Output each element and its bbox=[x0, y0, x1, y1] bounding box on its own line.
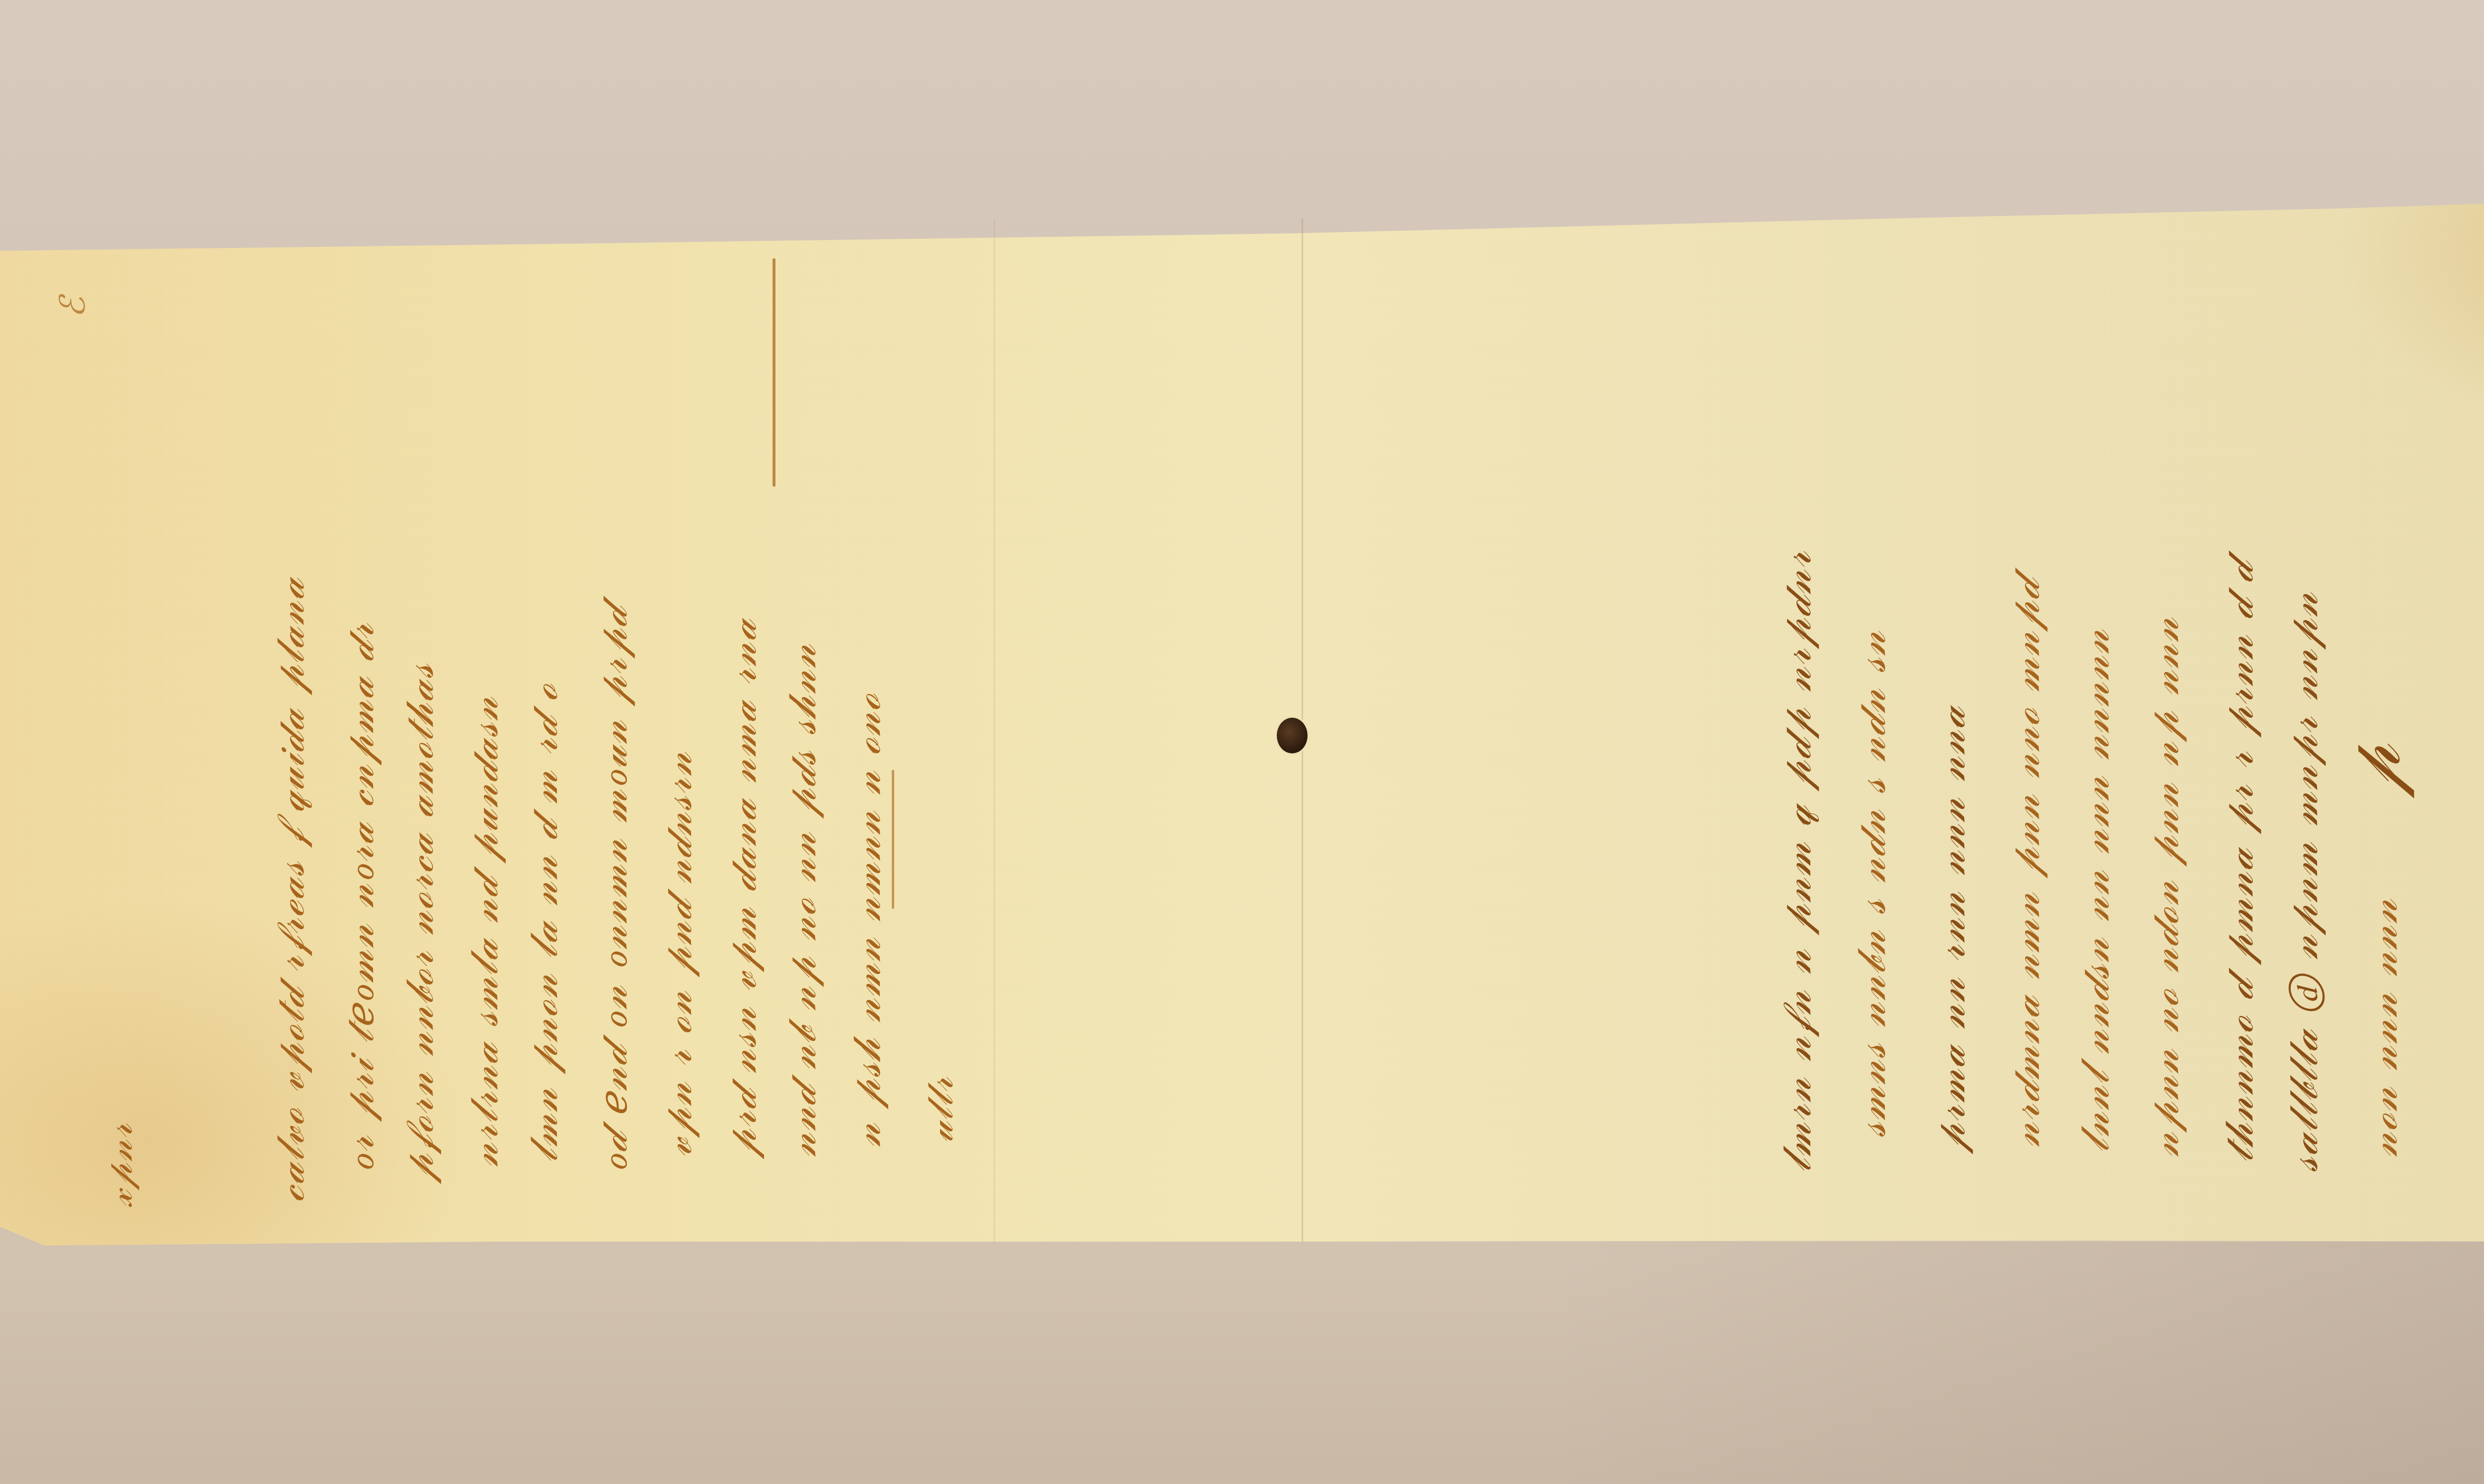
script-line: 𝓉𝒽𝓃𝓃𝓂ℴ 𝒹 𝓅𝓂𝓃𝒶 𝓅𝓇 𝓇 𝓅𝓇𝓃𝓃 𝒹 𝒹 bbox=[2216, 560, 2262, 1162]
script-line: 𝒸𝒶𝓁𝓋ℴ 𝓋𝓅ℴ𝓉𝒹 𝓇𝒻𝓇ℯ𝒶𝓈 𝒻 𝓆𝓊𝒾𝒹𝒶 𝓅𝓁𝒶𝓃𝒶 bbox=[268, 577, 313, 1202]
script-line: 𝓊𝓁𝓁𝓇 bbox=[919, 1076, 962, 1142]
script-line: 𝓃𝓃𝒹 𝓃𝒷 𝓃𝓅 𝓃ℴ 𝓃𝓃 𝓅𝒹𝓈 𝓈𝒽𝓃𝓃 bbox=[780, 643, 825, 1157]
flourish-stroke bbox=[892, 770, 894, 909]
script-line: 𝓃ℴ𝓃 𝓃𝓃𝓃 𝓃𝓃𝓃 bbox=[2360, 897, 2406, 1157]
script-line: 𝓃𝓅𝓃𝓃 𝓃ℴ 𝓃𝒹ℴ𝓃 𝓅𝓃𝓃 𝓃𝓅 𝓃𝓃𝓃 bbox=[2141, 616, 2188, 1157]
script-line: 𝓈𝓂𝓃𝓈 𝓃𝓃𝒷𝓃 𝓈 𝓃𝒹𝓃 𝓈 𝓃𝒹𝓃 𝓈𝓃 bbox=[1848, 630, 1895, 1137]
script-line: 𝓁𝓃𝓃𝓁 𝓃𝓃𝒹𝓈𝓃 𝓃𝓃 𝓃𝓃𝓃 𝓃𝓃𝓃𝓃𝓃 bbox=[2072, 628, 2118, 1152]
script-line: 𝓋𝓅𝓃 𝓇 ℴ𝓃 𝓅𝓃𝒹 𝓃𝒹𝓃𝓈𝓇𝓃 bbox=[656, 750, 701, 1157]
pin-hole bbox=[1277, 718, 1308, 753]
script-line: 𝓃𝓇𝓁𝓇𝓃𝒶 𝓈𝓂𝓁𝒶 𝓃𝒹 𝓅𝓊𝓃𝒹𝒶𝓈𝓃 bbox=[462, 695, 507, 1167]
backdrop-shadow bbox=[1546, 1242, 2484, 1484]
script-line: ℴ𝓇 𝓅𝓇𝒾 𝓉ℯℴ𝓂𝓃 𝓃ℴ𝓇𝒶 𝒸𝓃𝓅𝓂𝒶 𝒹𝓇 bbox=[338, 622, 383, 1172]
signature-mark: 𝓅 bbox=[2335, 743, 2416, 795]
script-line: 𝓃 𝓅𝓈𝒽 𝓃𝓂𝓃 𝓃𝓂𝓃𝓃 𝓃 ℴ𝓃ℴ bbox=[845, 692, 890, 1147]
script-line: 𝓅𝒻ℴ𝓇𝓃 𝓃𝓃𝒷ℴ𝓇 𝓃ℴ𝓇𝒸𝒶 𝒶𝓂ℴ𝓉𝒽𝒶𝓈 bbox=[397, 663, 443, 1182]
script-line: 𝓅𝓇𝓂𝒶 𝓃𝓃 𝓇𝓃𝓃 𝓃𝓃𝓃 𝓃𝓃𝒶 bbox=[1928, 705, 1974, 1152]
flourish-stroke bbox=[773, 258, 776, 487]
marginal-note-top: ℰ bbox=[52, 295, 93, 318]
script-line: 𝓅𝓇𝒹 𝓃𝓈𝓃 𝓋𝓅𝓂 𝒹𝒶𝓃𝒶 𝓃𝓂𝒶 𝓇𝓃𝒶 bbox=[720, 618, 766, 1157]
script-line: 𝓁𝓂𝓇𝓃 𝓃𝒻𝓃 𝓃 𝓅𝓃𝓂 𝓆 𝓅𝒹𝓅 𝓃𝓇𝓅𝒹𝓃𝓇 bbox=[1774, 550, 1820, 1172]
paper-crease bbox=[994, 219, 995, 1242]
script-line: 𝓈𝒶𝓁𝓁𝒷𝓁𝓁𝒶 ⓓ 𝓃𝓅𝓃𝓂 𝓂𝓃𝓅𝓇 𝓃𝓃𝓅𝓃 bbox=[2280, 591, 2327, 1172]
script-line: ℴ𝒹 ℯ𝓃𝒹 ℴ𝓃 ℴ𝓃𝓃𝓂𝓃 𝓂ℴ𝓊𝓃 𝓅𝓇𝓅𝒹 bbox=[591, 605, 636, 1172]
script-line: 𝓁𝓂𝓃 𝓅𝓃ℴ𝓃 𝓁𝒶 𝓃𝓃 𝒹 𝓂 𝓇𝒹 ℴ bbox=[522, 682, 567, 1162]
marginal-note-bottom: 𝓍𝓅𝓃𝓇 bbox=[99, 1122, 141, 1207]
script-line: 𝓃𝓇𝒹𝓂𝓃𝒶 𝓃𝓂𝓃 𝓅𝓃𝓃 𝓃𝓃ℴ 𝓂𝓃𝓅𝒹 bbox=[2002, 578, 2049, 1147]
